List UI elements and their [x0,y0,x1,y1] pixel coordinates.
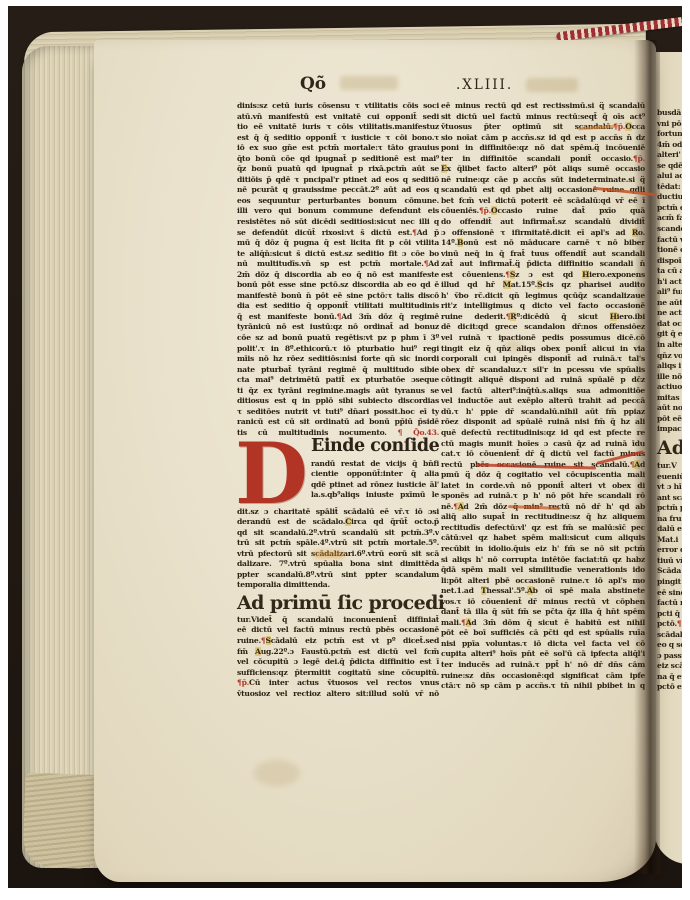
text-line: h' v̄bo rc̄.dicit qn̄ legimus qcūq̄z sca… [441,291,645,302]
text-line: aliq̄ alio supat̄ in rectitudine:sz q̄ h… [441,512,645,523]
left-part3: tur.Videt̄ q̄ scandalū inconuenient̄ dif… [237,615,439,699]
text-line: pctm̄ p [657,503,682,514]
text-line: na fru [657,514,682,525]
text-line: dalizare. 7º.vtrū spūalia bona sint dimi… [237,559,439,570]
text-line: alteri' [657,150,682,161]
text-line: ditiosus est q in pplō sibi subiecto dis… [237,396,439,407]
text-line: eē sine [657,588,682,599]
text-line: ille nō [657,372,682,383]
text-line: vtrū pfectorū sit scādalizari.6º.vtrū eo… [237,549,439,560]
text-line: obex dr̄ scandaluz.τ sil'r in pcessu vie… [441,365,645,376]
text-line: qd sit scandalū.2º.vtrū scandalū sit pct… [237,528,439,539]
text-line: nisi ppīa voluntas.τ iō dicta vel facta … [441,639,645,650]
text-line: cientie opponūt̄:inter q̄ alia [311,469,439,480]
text-line: eueniū [657,472,682,483]
text-line: do offendit̄ aut infirmat̄.sz scandalū d… [441,217,645,228]
facing-page-sliver: busdāvni pōfortun4m̄ odalteri'se qdēalui… [654,52,682,864]
text-line: qn̄z vo [657,351,682,362]
text-line: sio noīat cām p accn̄s.sz id qd est p ac… [441,133,645,144]
text-line: q̄to bonū cōe qd ipugnat̄ p seditionē es… [237,154,439,165]
text-line: scandalū est qd pbet alij occasionē ruin… [441,185,645,196]
text-line: trū sit pctm̄ spāle.4º.vtrū sit pctm̄ mo… [237,538,439,549]
text-line: bet fcm̄ vel dictū poterit eē scādalū:qd… [441,196,645,207]
text-line: cta mai⁹ detrimētū patit̄ ex pturbatōe ɔ… [237,375,439,386]
text-line: rectū pbēs occasionē ruine sit scandalū.… [441,460,645,471]
text-line: tur.V [657,461,682,472]
text-line: mitas [657,393,682,404]
text-line: na q̄ et [657,672,682,683]
text-line: ppter scandalū.8º.vtrū sint ppter scanda… [237,570,439,581]
text-line: la.s.qb⁹aliqs iniuste pxīmū le [311,490,439,501]
right-lines: eē minus rectū qd est rectissimū.si q̈ s… [441,101,645,692]
text-line: cōueniēs.¶p̄.Occasio ruine dat̄ pxīo quā [441,206,645,217]
text-line: eo q sc [657,640,682,651]
text-line: recūbit in idolio.q̄uis eiz h' fm̄ se nō… [441,544,645,555]
text-line: ɔ offensionē τ ifirmitatē.dicit eī apl's… [441,228,645,239]
text-line: randū restat de vicijs q̄ bn̄fi [311,459,439,470]
text-line: factū n [657,598,682,609]
facing-article-heading: Ad [657,435,682,461]
text-line: eos sequuntur perturbantes bonum cōmune. [237,196,439,207]
text-line: ta cū a [657,266,682,277]
text-line: ductiu [657,192,682,203]
text-line: Ex q̄libet facto alteri⁹ pōt aliqs sumē … [441,164,645,175]
text-line: vni pō [657,119,682,130]
fore-edge-pages [22,46,100,868]
text-line: atū.vn̄ manifestū est vnitatē cui opponi… [237,112,439,123]
text-line: eē minus rectū qd est rectissimū.si q̈ s… [441,101,645,112]
text-line: Scāda [657,566,682,577]
book-page: Qõ .XLIII. dinis:sz cetū iuris cōsensu τ… [94,40,656,882]
text-line: cōtingit aliquē disponi ad ruinā spūalē … [441,375,645,386]
text-line: ¶p̄.Cū inter actus v̄tuosos vel rectos v… [237,678,439,689]
text-line: se defendūt dicūt̄ rixosi:vt s̄ dictū es… [237,228,439,239]
text-line: scādalu [657,630,682,641]
text-line: Mat.i [657,535,682,546]
text-line: v̄tuosus p̄ter optimū sit scandalū.¶p̄.O… [441,122,645,133]
running-head-quaestio: Qõ [300,74,326,94]
text-line: dant̄ tā illa q̄ sūt fm̄ se pc̄ta q̄z il… [441,607,645,618]
text-line: ti q̄z ex tyrāni regimine.magis aūt tyra… [237,386,439,397]
text-line: fortun [657,129,682,140]
text-line: scando [657,224,682,235]
text-line: bonū pōt esse sine pctō.sz discordia ab … [237,280,439,291]
text-line: pctō ei [657,682,682,693]
text-line: iō ex suo gn̄e est pctm̄ mortale:τ tāto … [237,143,439,154]
text-line: tur.Videt̄ q̄ scandalū inconuenient̄ dif… [237,615,439,626]
text-line: vos.τ iō cōuenient̄ dr̄ minus rectū vt c… [441,597,645,608]
text-line: pctm̄ e [657,203,682,214]
text-line: est q̄ q̄ seditio opponit̄ τ iusticie τ … [237,133,439,144]
intro-first-line: Einde conſide [311,436,439,456]
facing-fragments-bottom: tur.Veueniūvt ɔ hīant scāpctm̄ pna fruda… [657,461,682,693]
text-line: mū q̄ dōz q̄ pugna q̄ est licita fit p c… [237,238,439,249]
text-line: alui ac [657,171,682,182]
text-line: vel ruinā τ ipactionē pedis possumus dic… [441,333,645,344]
text-line: ne aūt [657,298,682,309]
text-line: ter inducēs ad ruinā.τ ppt̄ h' nō dr̄ dn… [441,660,645,671]
text-line: τ seditōes nutrit vt tuti⁹ dn̄ari possit… [237,407,439,418]
rubricated-initial-D: D [235,441,307,507]
text-line: li:pōt alteri pbē occasionē ruine.τ iō a… [441,576,645,587]
text-line: dat oc [657,319,682,330]
text-line: illud qd hr̄ Mat.15º.Scis qz pharisei au… [441,280,645,291]
text-line: nē pcurāt q grauissime peccāt.2º aūt ad … [237,185,439,196]
text-line: rōez disponit ad spūalē ruinā nisi fm̄ q… [441,417,645,428]
text-line: v̄tuosioz vel rectioz altero sit:illud s… [237,689,439,700]
text-line: vel factū alteri⁹:inq̄tū.s.aliqs sua adm… [441,386,645,397]
text-line: in alte [657,340,682,351]
text-line: dē dicit:qd grece scandalon dr̄:nos offe… [441,322,645,333]
text-line: q̄ est manifeste bonū.¶Ad 3m̄ dōz q̄ reg… [237,312,439,323]
text-line: cat.τ iō cōuenient̄ dr̄ q̄ dictū vel fac… [441,449,645,460]
text-column-right: eē minus rectū qd est rectissimū.si q̈ s… [441,101,645,692]
text-line: dia est seditio q̄ opponit̄ vtilitati mu… [237,301,439,312]
text-line: cupita alteri⁹ hoīs pn̄t eē sol'ū cā ipf… [441,649,645,660]
left-part1: dinis:sz cetū iuris cōsensu τ vtilitatis… [237,101,439,439]
text-line: mali.¶Ad 3m̄ dōm q̄ sicut ē habitū est n… [441,618,645,629]
text-line: qdē ptinet ad rōnez iusticie āl' [311,480,439,491]
text-line: temporalia dimittenda. [237,580,439,591]
text-line: dispoī [657,256,682,267]
photo-frame: busdāvni pōfortun4m̄ odalteri'se qdēalui… [0,0,690,900]
text-line: acm̄ fa [657,213,682,224]
text-line: sufficiens:qz p̄termitit cogitatū sine c… [237,668,439,679]
text-line: nate pturbat̄ tyrāni regimē q̄ multitudo… [237,365,439,376]
text-line: ctā:τ nō sp cām p accn̄s.τ tn̄ nihil pbi… [441,681,645,692]
text-line: mīis nō hz rōez seditiōs:nisi forte qn̄ … [237,354,439,365]
text-line: ali⁹ fun [657,287,682,298]
intro-indented-lines: randū restat de vicijs q̄ bn̄ficientie o… [311,459,439,501]
text-line: pctō.¶ [657,619,682,630]
text-line: 2m̄ dōz q̄ discordia ab eo q̄ nō est man… [237,270,439,281]
text-line: tio eē vnitatē iuris τ cōis vtilitatis.m… [237,122,439,133]
text-line: te aliq̄n̄:sicut s̄ dictū est.sz seditio… [237,249,439,260]
text-line: nū multitudīs.vn̄ sp est pctm̄ mortale.¶… [237,259,439,270]
text-line: ruine:sz dn̄s occasionē:qd significat cā… [441,671,645,682]
text-line: eiz scā [657,661,682,672]
text-line: ditiōis p̄ qdē τ pncipal'r ptinet ad eos… [237,175,439,186]
text-line: vel inductōe aut exēplo alterū trahit ad… [441,396,645,407]
text-line: latet in corde.vn̄ nō pponit̄ alteri vt … [441,481,645,492]
text-line: h'i act [657,277,682,288]
article-heading: Ad primū ſic procedi [237,591,439,615]
text-line: pingit [657,577,682,588]
text-line: rectitudīs defectū:vl' qz est fm̄ se mal… [441,523,645,534]
folio-number: .XLIII. [456,77,513,93]
text-line: nē.¶Ad 2m̄ dōz q̄ min⁹ rectū nō dr̄ h' q… [441,502,645,513]
text-line: tiuū vr̄ [657,556,682,567]
text-line: dū.τ h' ppie dr̄ scandalū.nihil aūt fm̄ … [441,407,645,418]
text-line: aūt no [657,403,682,414]
text-line: illi vero qui bonum commune defendunt ei… [237,206,439,217]
text-line: cātū:vel qz habet spēm mali:sicut cum al… [441,533,645,544]
text-line: sponēs ad ruinā.τ p h' nō pōt hr̄e scand… [441,491,645,502]
text-line: busdā [657,108,682,119]
text-line: eē dictū vel factū minus rectū pbēs occa… [237,625,439,636]
text-line: tingit eiz q̄ qn̄z aliqs obex ponit̄ ali… [441,344,645,355]
text-line: cōe sz ad bonū puatū regētis:vt pz p phm… [237,333,439,344]
text-line: tionē o [657,245,682,256]
text-line: fm̄ Aug.22º.ɔ Faustū.pctm̄ est dictū vel… [237,647,439,658]
text-line: git q̄ e [657,329,682,340]
text-line: tēdat: [657,182,682,193]
text-line: tyrānicū nō est iustū:qz nō ordinat̄ ad … [237,322,439,333]
text-line: si aliqs h' nō corrupta intētōe faciat:t… [441,555,645,566]
text-line: quē defectū rectitudinis:qz id qd est pf… [441,428,645,439]
text-line: ruine dederit.¶Rº:dicēdū q̄ sicut Hiero.… [441,312,645,323]
text-line: impac [657,424,682,435]
text-line: pōt eē boī sufficiēs cā pc̄ti qd est spū… [441,628,645,639]
text-line: actiuo [657,382,682,393]
text-line: ctū magis munit hoīes ɔ casū q̄z ad ruin… [441,439,645,450]
text-line: vel cōcupitū ɔ legē dei.q̄ p̄dicta diffi… [237,657,439,668]
facing-text-column: busdāvni pōfortun4m̄ odalteri'se qdēalui… [657,108,682,693]
text-line: manifestē bonū n̄ pōt eē sine pctō:τ tal… [237,291,439,302]
text-line: pcti q̄ [657,609,682,620]
text-line: resistētes nō sūt dicēdi seditiosi:sicut… [237,217,439,228]
text-line: ter in diffinitōe scandali ponit̄ occasi… [441,154,645,165]
text-line: q̄dā spēm mali vel similitudīe veneratio… [441,565,645,576]
text-line: ruine.¶Scādalū eiz pctm̄ est vt pº dicet… [237,636,439,647]
text-line: nē ruine:qz cāe p accn̄s sūt indetermina… [441,175,645,186]
book-photo: busdāvni pōfortun4m̄ odalteri'se qdēalui… [8,6,682,888]
text-line: 14º.Bonū est nō māducare carnē τ nō bibe… [441,238,645,249]
text-line: dalū et [657,524,682,535]
text-line: aliqs i [657,361,682,372]
text-line: 4m̄ od [657,140,682,151]
text-column-left: dinis:sz cetū iuris cōsensu τ vtilitatis… [237,101,439,699]
running-head: Qõ .XLIII. [94,74,656,100]
text-line: ne acti [657,308,682,319]
text-line: polit'.τ in 8º.ethicorū.τ iō pturbatio h… [237,344,439,355]
text-line: q̄z bonū puatū qd ipugnat̄ p rixā.pctm̄ … [237,164,439,175]
text-line: vt ɔ hī [657,482,682,493]
foxing-spot [254,760,300,786]
text-line: se qdē [657,161,682,172]
facing-fragments-top: busdāvni pōfortun4m̄ odalteri'se qdēalui… [657,108,682,435]
quaestio-intro: D Einde conſide randū restat de vicijs q… [237,439,439,507]
text-line: net.1.ad Thessal'.5º.Ab oī spē mala abst… [441,586,645,597]
text-line: zat̄ aut infirmat̄.q̈ p̄dicta diffinitio… [441,259,645,270]
text-line: sit dictū uel factū minus rectū:seqt̄ q̄… [441,112,645,123]
text-line: factū v [657,235,682,246]
text-line: rit'z intelligimus q dicto vel facto occ… [441,301,645,312]
text-line: vinū neq̄ in q̄ frat̄ tuus offendit̄ aut… [441,249,645,260]
text-line: est cōueniens.¶Sz ɔ est qd Hiero.exponen… [441,270,645,281]
text-line: corporali cui ipingēs disponit̄ ad ruinā… [441,354,645,365]
text-line: dinis:sz cetū iuris cōsensu τ vtilitatis… [237,101,439,112]
text-line: pōt eē [657,414,682,425]
text-line: pmū q̈ dōz q̄ cogitatio vel cōcupiscenti… [441,470,645,481]
text-line: error d [657,545,682,556]
text-line: ant scā [657,493,682,504]
text-line: poni in diffinitōe:qz nō dat spēm.q̈ inc… [441,143,645,154]
text-line: ɔ passu [657,651,682,662]
